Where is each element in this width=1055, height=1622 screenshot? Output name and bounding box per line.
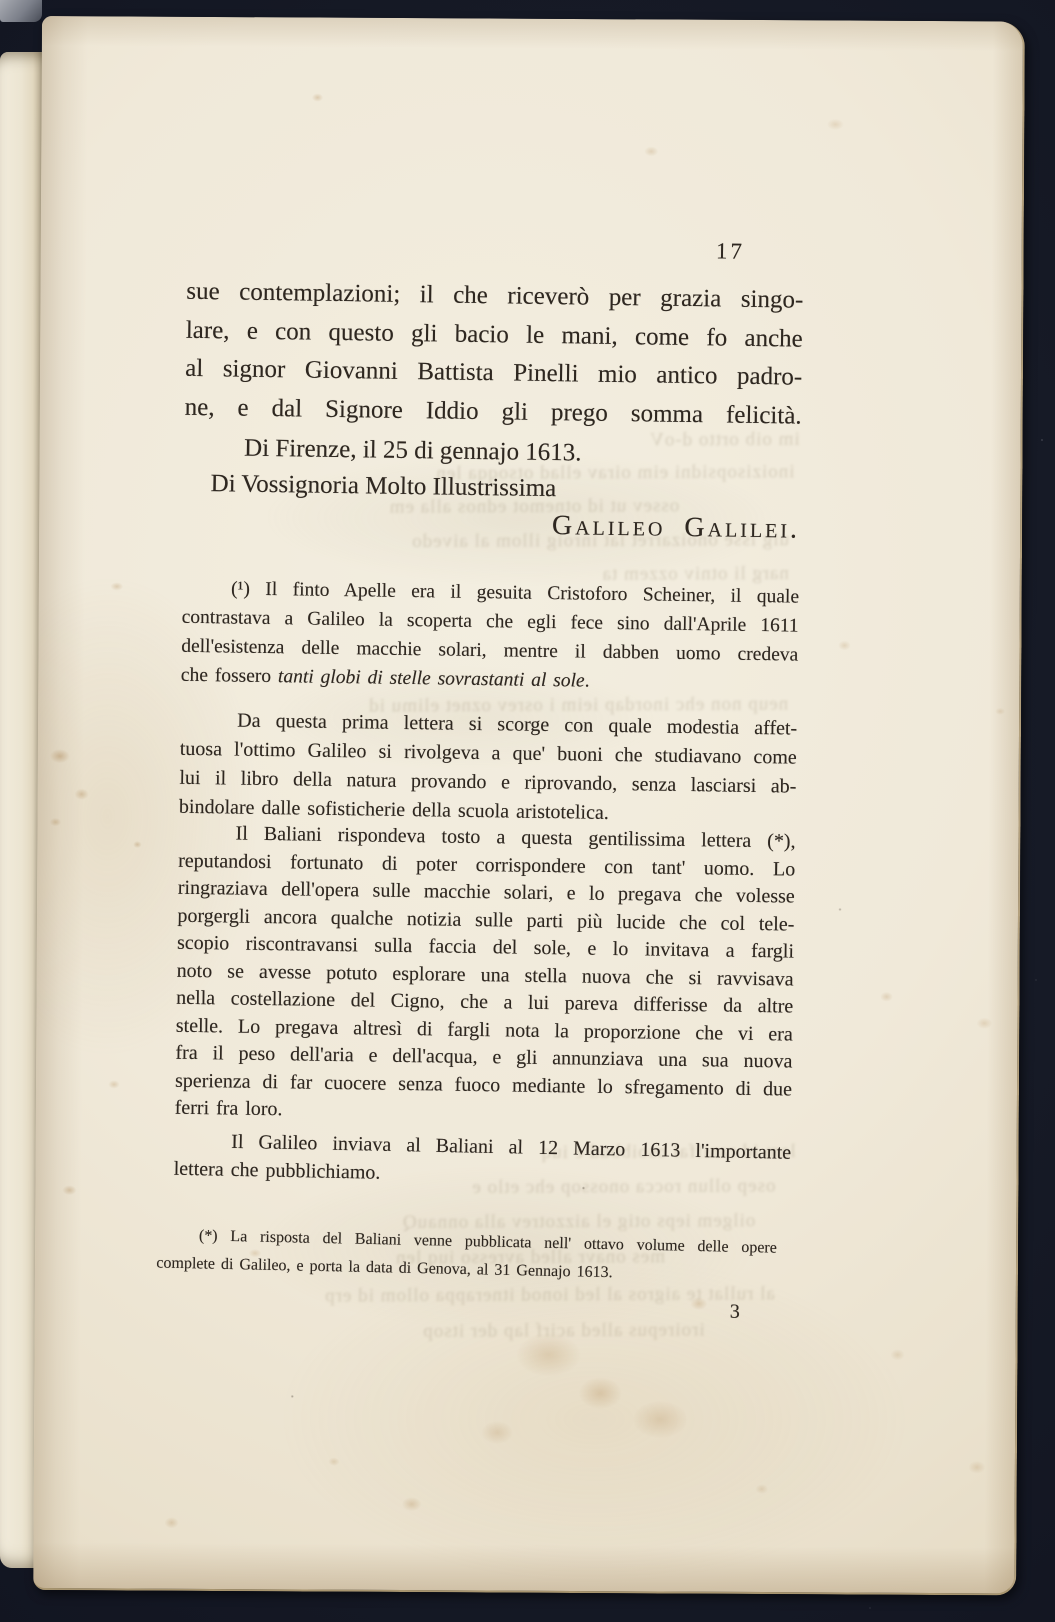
book-clasp	[0, 0, 42, 22]
page-number: 17	[716, 236, 745, 266]
signature-mark: 3	[730, 1297, 740, 1327]
commentary-paragraph-3: Il Galileo inviava al Baliani al 12 Marz…	[173, 1127, 791, 1195]
footnote-italic-phrase: tanti globi di stelle sovrastanti al sol…	[278, 666, 585, 691]
book-page: im oib ortto d-oV inoizisopsidni eim oir…	[33, 16, 1025, 1595]
footnote-1: (¹) Il finto Apelle era il gesuita Crist…	[181, 574, 800, 699]
footnote-2: (*) La risposta del Baliani venne pubbli…	[156, 1221, 777, 1290]
letter-body: sue contemplazioni; il che riceverò per …	[184, 273, 803, 436]
printed-text-layer: 17 sue contemplazioni; il che riceverò p…	[22, 15, 1025, 1601]
commentary-paragraph-2: Il Baliani rispondeva tosto a questa gen…	[174, 820, 795, 1131]
photo-scene: im oib ortto d-oV inoizisopsidni eim oir…	[0, 0, 1055, 1622]
commentary-paragraph-1: Da questa prima lettera si scorge con qu…	[179, 706, 798, 831]
letter-line: ne, e dal Signore Iddio gli prego somma …	[184, 389, 801, 436]
